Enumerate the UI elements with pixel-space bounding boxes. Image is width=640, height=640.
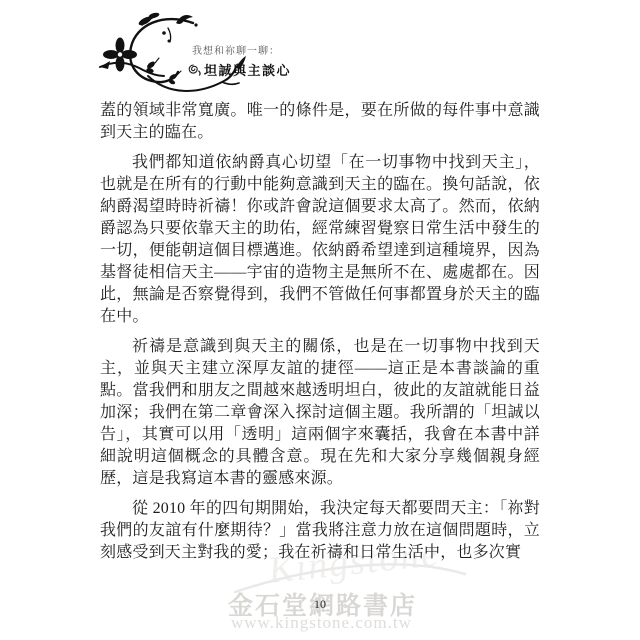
paragraph: 祈禱是意識到與天主的關係，也是在一切事物中找到天主，並與天主建立深厚友誼的捷徑—… [100,336,540,490]
page-header: 我想和祢聊一聊： 坦誠與主談心 [186,42,291,79]
bookstore-url-watermark: www.kingstone.com.tw [231,613,412,633]
spiral-scroll-icon [186,62,202,77]
series-title: 我想和祢聊一聊： [192,42,291,57]
chapter-book-title: 坦誠與主談心 [204,60,291,79]
book-page: 我想和祢聊一聊： 坦誠與主談心 蓋的領域非常寬廣。唯一的條件是，要在所做的每件事… [0,0,640,640]
body-text-block: 蓋的領域非常寬廣。唯一的條件是，要在所做的每件事中意識到天主的臨在。 我們都知道… [100,100,540,572]
paragraph: 蓋的領域非常寬廣。唯一的條件是，要在所做的每件事中意識到天主的臨在。 [100,100,540,144]
paragraph: 我們都知道依納爵真心切望「在一切事物中找到天主」，也就是在所有的行動中能夠意識到… [100,152,540,328]
paragraph: 從 2010 年的四旬期開始，我決定每天都要問天主：「祢對我們的友誼有什麼期待？… [100,498,540,564]
page-number: 10 [307,597,333,612]
